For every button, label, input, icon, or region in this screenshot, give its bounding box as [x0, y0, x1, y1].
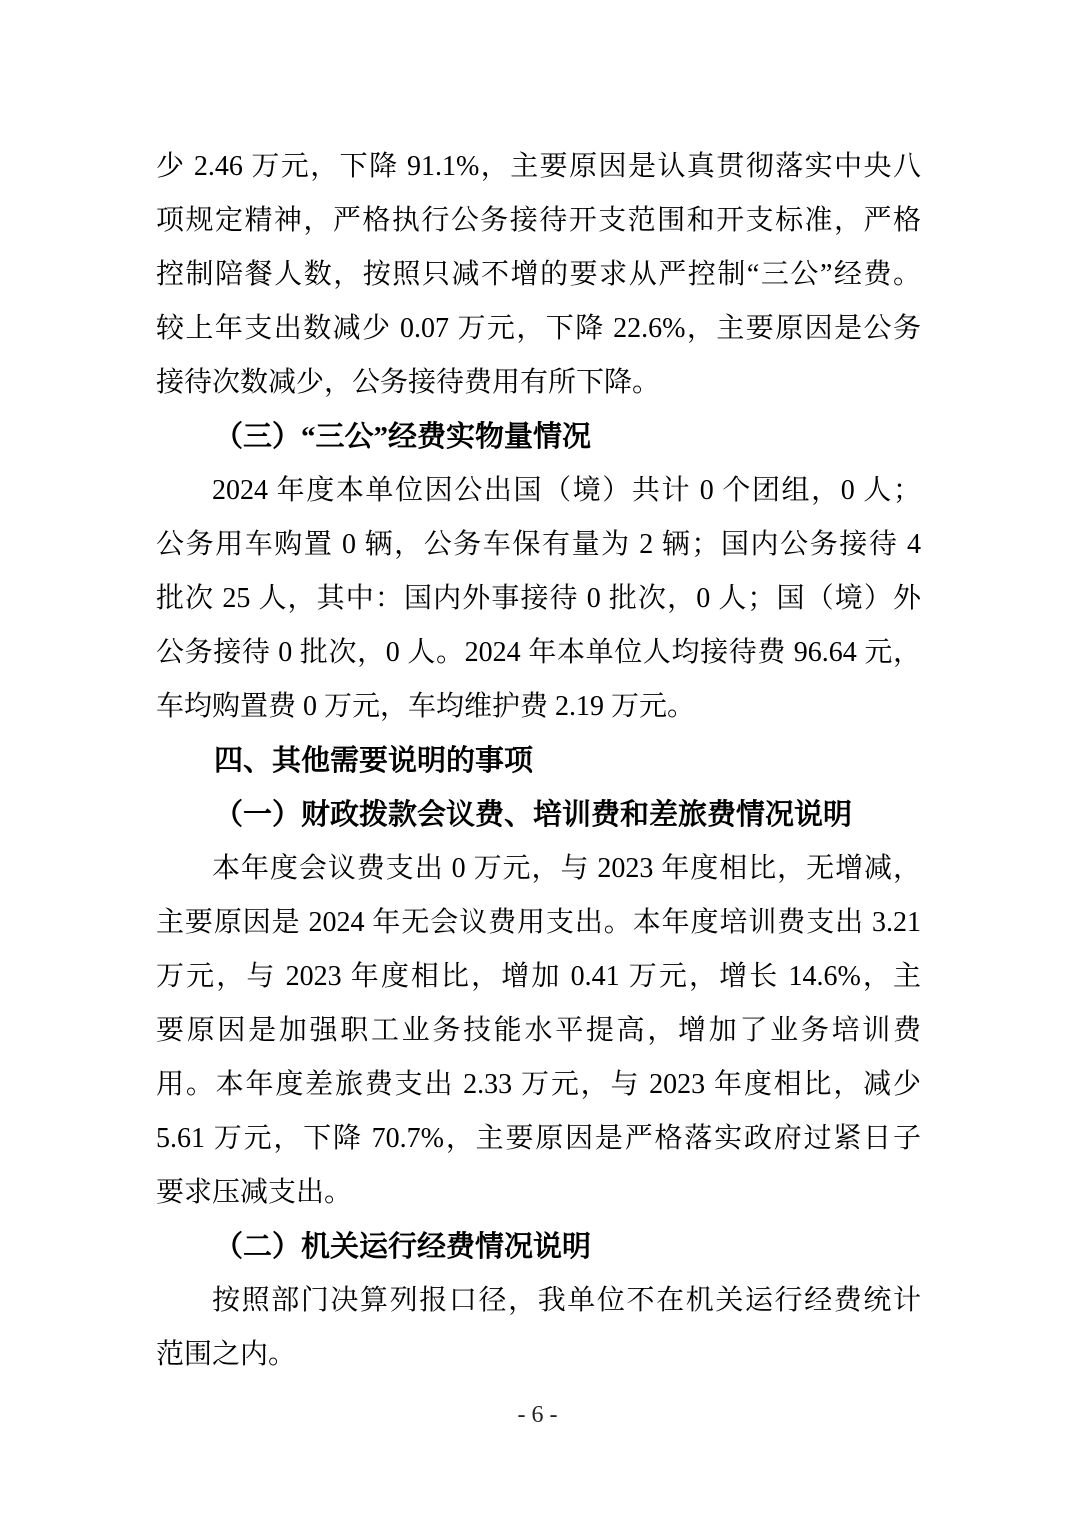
chapter-heading-other-matters: 四、其他需要说明的事项 [156, 734, 921, 788]
section-heading-agency-operation: （二）机关运行经费情况说明 [156, 1220, 921, 1274]
body-text-line: 范围之内。 [156, 1328, 921, 1382]
section-heading-meeting-training-travel: （一）财政拨款会议费、培训费和差旅费情况说明 [156, 788, 921, 842]
page-footer: - 6 - [0, 1400, 1075, 1430]
document-page: 少 2.46 万元，下降 91.1%，主要原因是认真贯彻落实中央八 项规定精神，… [0, 0, 1075, 1520]
body-text-line: 项规定精神，严格执行公务接待开支范围和开支标准，严格 [156, 194, 921, 248]
body-text-line: 主要原因是 2024 年无会议费用支出。本年度培训费支出 3.21 [156, 896, 921, 950]
body-text-line: 要原因是加强职工业务技能水平提高，增加了业务培训费 [156, 1004, 921, 1058]
body-text-line: 要求压减支出。 [156, 1166, 921, 1220]
body-text-line: 批次 25 人，其中：国内外事接待 0 批次，0 人；国（境）外 [156, 572, 921, 626]
body-text-line: 万元，与 2023 年度相比，增加 0.41 万元，增长 14.6%，主 [156, 950, 921, 1004]
body-text-line: 接待次数减少，公务接待费用有所下降。 [156, 356, 921, 410]
body-text-line: 公务用车购置 0 辆，公务车保有量为 2 辆；国内公务接待 4 [156, 518, 921, 572]
body-text-line: 少 2.46 万元，下降 91.1%，主要原因是认真贯彻落实中央八 [156, 140, 921, 194]
body-text-line: 车均购置费 0 万元，车均维护费 2.19 万元。 [156, 680, 921, 734]
body-text-line: 控制陪餐人数，按照只减不增的要求从严控制“三公”经费。 [156, 248, 921, 302]
body-text-line: 5.61 万元，下降 70.7%，主要原因是严格落实政府过紧日子 [156, 1112, 921, 1166]
body-text-line: 按照部门决算列报口径，我单位不在机关运行经费统计 [156, 1274, 921, 1328]
page-number: - 6 - [518, 1402, 558, 1428]
body-text-line: 用。本年度差旅费支出 2.33 万元，与 2023 年度相比，减少 [156, 1058, 921, 1112]
body-text-line: 本年度会议费支出 0 万元，与 2023 年度相比，无增减， [156, 842, 921, 896]
body-text-line: 较上年支出数减少 0.07 万元，下降 22.6%，主要原因是公务 [156, 302, 921, 356]
body-text-line: 公务接待 0 批次，0 人。2024 年本单位人均接待费 96.64 元， [156, 626, 921, 680]
document-content: 少 2.46 万元，下降 91.1%，主要原因是认真贯彻落实中央八 项规定精神，… [156, 140, 921, 1382]
body-text-line: 2024 年度本单位因公出国（境）共计 0 个团组，0 人； [156, 464, 921, 518]
section-heading-sangong-physical: （三）“三公”经费实物量情况 [156, 410, 921, 464]
